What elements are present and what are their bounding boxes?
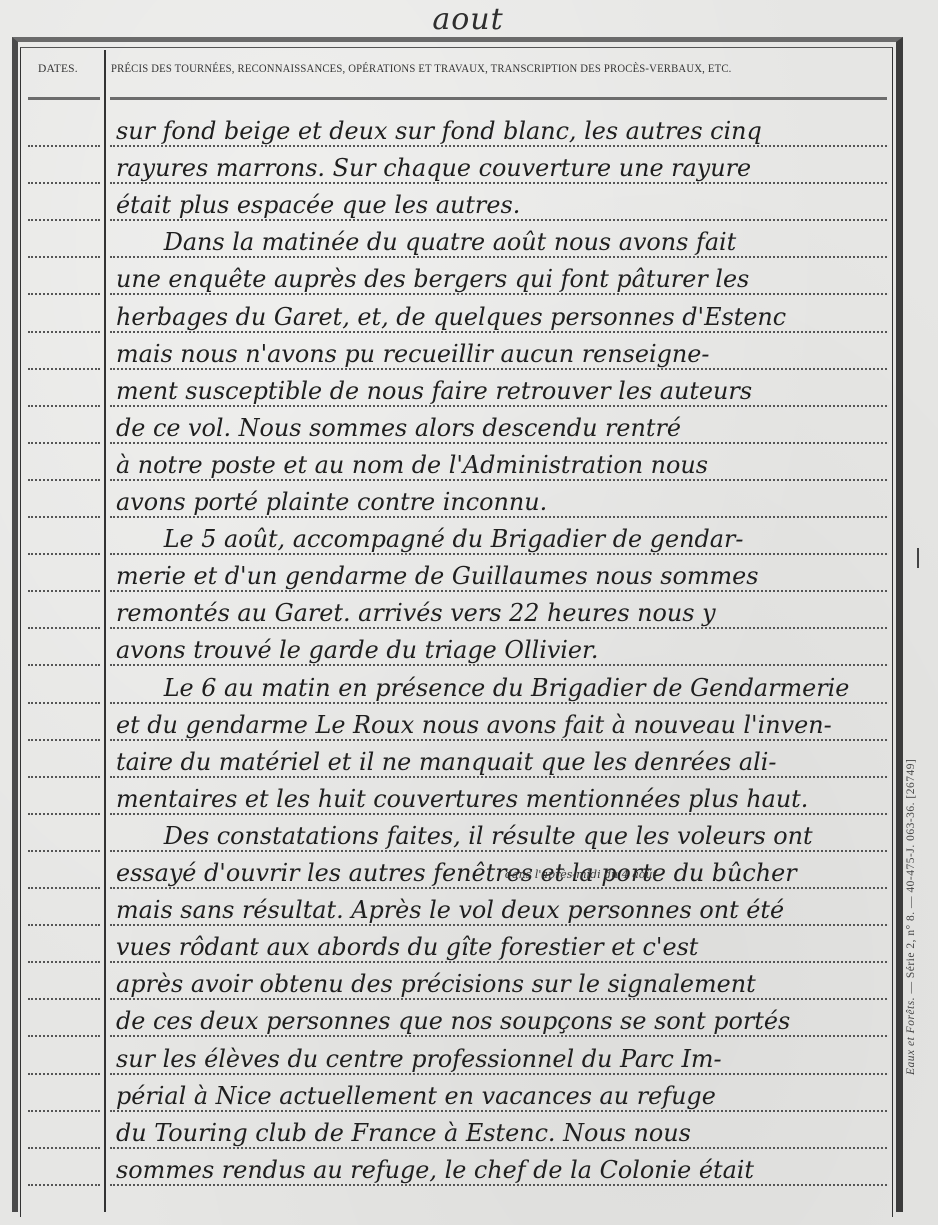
ruled-line-right	[110, 1035, 887, 1037]
ruled-line-left	[28, 776, 100, 778]
ruled-line-right	[110, 590, 887, 592]
handwritten-line: sur les élèves du centre professionnel d…	[116, 1047, 886, 1071]
ruled-line-right	[110, 442, 887, 444]
ruled-line-left	[28, 256, 100, 258]
handwritten-line: sur fond beige et deux sur fond blanc, l…	[116, 119, 886, 143]
ruled-line-left	[28, 553, 100, 555]
handwritten-line: mais nous n'avons pu recueillir aucun re…	[116, 342, 886, 366]
ruled-line-left	[28, 145, 100, 147]
ruled-line-right	[110, 1184, 887, 1186]
register-frame-inner	[20, 47, 893, 1217]
ruled-line-right	[110, 887, 887, 889]
handwritten-line: mais sans résultat. Après le vol deux pe…	[116, 898, 886, 922]
ruled-line-right	[110, 516, 887, 518]
ruled-line-left	[28, 405, 100, 407]
side-print-reference: Eaux et Forêts. — Série 2, n° 8. — 40-47…	[905, 759, 917, 1075]
ruled-line-left	[28, 702, 100, 704]
ruled-line-left	[28, 961, 100, 963]
ruled-line-right	[110, 331, 887, 333]
ruled-line-right	[110, 182, 887, 184]
handwritten-line: périal à Nice actuellement en vacances a…	[116, 1084, 886, 1108]
column-header-dates: DATES.	[38, 63, 78, 75]
ruled-line-left	[28, 664, 100, 666]
ruled-line-left	[28, 516, 100, 518]
ruled-line-left	[28, 850, 100, 852]
header-rule-precis	[110, 97, 887, 100]
ruled-line-right	[110, 293, 887, 295]
ruled-line-right	[110, 1147, 887, 1149]
ruled-line-right	[110, 998, 887, 1000]
ruled-line-right	[110, 1110, 887, 1112]
month-heading: aout	[398, 2, 538, 37]
handwritten-line: et du gendarme Le Roux nous avons fait à…	[116, 713, 886, 737]
ruled-line-right	[110, 145, 887, 147]
column-header-precis: PRÉCIS DES TOURNÉES, RECONNAISSANCES, OP…	[111, 63, 731, 75]
ruled-line-left	[28, 442, 100, 444]
handwritten-line: à notre poste et au nom de l'Administrat…	[116, 453, 886, 477]
handwritten-line: avons porté plainte contre inconnu.	[116, 490, 886, 514]
handwritten-line: avons trouvé le garde du triage Ollivier…	[116, 638, 886, 662]
ruled-line-right	[110, 739, 887, 741]
handwritten-line: Le 6 au matin en présence du Brigadier d…	[116, 676, 886, 700]
ruled-line-left	[28, 998, 100, 1000]
handwritten-line: Dans la matinée du quatre août nous avon…	[116, 230, 886, 254]
ruled-line-right	[110, 776, 887, 778]
handwritten-line: Des constatations faites, il résulte que…	[116, 824, 886, 848]
handwritten-line: était plus espacée que les autres.	[116, 193, 886, 217]
ruled-line-left	[28, 627, 100, 629]
ruled-line-left	[28, 1035, 100, 1037]
column-divider	[104, 50, 106, 1212]
ruled-line-right	[110, 702, 887, 704]
interlinear-note: dans l'après-midi du 4 août	[505, 868, 657, 881]
ruled-line-right	[110, 924, 887, 926]
handwritten-line: ment susceptible de nous faire retrouver…	[116, 379, 886, 403]
ruled-line-right	[110, 664, 887, 666]
ruled-line-right	[110, 405, 887, 407]
ruled-line-right	[110, 627, 887, 629]
ruled-line-right	[110, 256, 887, 258]
ruled-line-right	[110, 1073, 887, 1075]
handwritten-line: sommes rendus au refuge, le chef de la C…	[116, 1158, 886, 1182]
handwritten-line: de ces deux personnes que nos soupçons s…	[116, 1009, 886, 1033]
handwritten-line: Le 5 août, accompagné du Brigadier de ge…	[116, 527, 886, 551]
handwritten-line: merie et d'un gendarme de Guillaumes nou…	[116, 564, 886, 588]
ruled-line-left	[28, 590, 100, 592]
handwritten-line: vues rôdant aux abords du gîte forestier…	[116, 935, 886, 959]
ruled-line-left	[28, 293, 100, 295]
handwritten-line: remontés au Garet. arrivés vers 22 heure…	[116, 601, 886, 625]
ruled-line-left	[28, 1184, 100, 1186]
ruled-line-left	[28, 739, 100, 741]
ruled-line-right	[110, 368, 887, 370]
side-mark	[917, 548, 919, 568]
handwritten-line: herbages du Garet, et, de quelques perso…	[116, 305, 886, 329]
ruled-line-left	[28, 219, 100, 221]
handwritten-line: une enquête auprès des bergers qui font …	[116, 267, 886, 291]
handwritten-line: après avoir obtenu des précisions sur le…	[116, 972, 886, 996]
ruled-line-right	[110, 553, 887, 555]
ruled-line-right	[110, 850, 887, 852]
ruled-line-left	[28, 1147, 100, 1149]
handwritten-line: essayé d'ouvrir les autres fenêtres et l…	[116, 861, 886, 885]
ruled-line-right	[110, 813, 887, 815]
ruled-line-right	[110, 961, 887, 963]
side-print-series: — Série 2, n° 8. — 40-475-J. 063-36. [26…	[905, 759, 917, 994]
handwritten-line: du Touring club de France à Estenc. Nous…	[116, 1121, 886, 1145]
ruled-line-left	[28, 1110, 100, 1112]
header-rule-dates	[28, 97, 100, 100]
ruled-line-left	[28, 331, 100, 333]
ruled-line-right	[110, 479, 887, 481]
side-print-publisher: Eaux et Forêts.	[905, 997, 917, 1075]
ruled-line-left	[28, 1073, 100, 1075]
ruled-line-left	[28, 368, 100, 370]
handwritten-line: mentaires et les huit couvertures mentio…	[116, 787, 886, 811]
ruled-line-left	[28, 924, 100, 926]
ruled-line-left	[28, 182, 100, 184]
ruled-line-left	[28, 887, 100, 889]
handwritten-line: rayures marrons. Sur chaque couverture u…	[116, 156, 886, 180]
ruled-line-left	[28, 479, 100, 481]
ruled-line-right	[110, 219, 887, 221]
handwritten-line: de ce vol. Nous sommes alors descendu re…	[116, 416, 886, 440]
handwritten-line: taire du matériel et il ne manquait que …	[116, 750, 886, 774]
ruled-line-left	[28, 813, 100, 815]
